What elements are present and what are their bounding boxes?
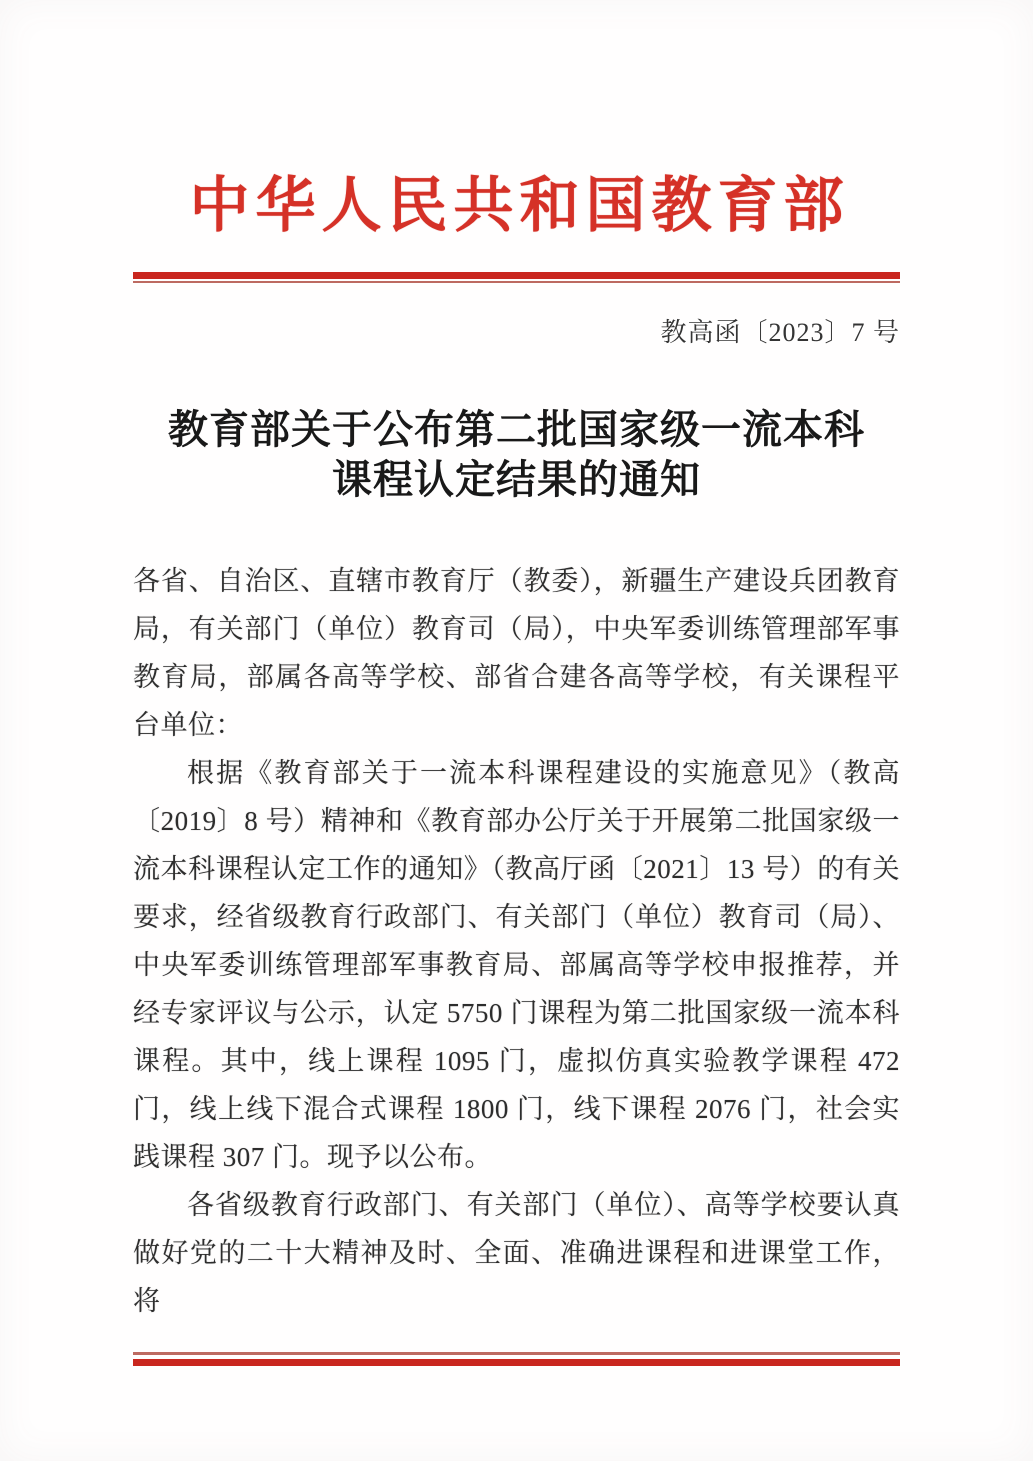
document-title-line1: 教育部关于公布第二批国家级一流本科 [133, 405, 900, 455]
document-title: 教育部关于公布第二批国家级一流本科 课程认定结果的通知 [133, 405, 900, 505]
document-title-line2: 课程认定结果的通知 [133, 455, 900, 505]
paragraph-main-announcement: 根据《教育部关于一流本科课程建设的实施意见》（教高〔2019〕8 号）精神和《教… [133, 749, 900, 1181]
header-separator [133, 272, 900, 283]
document-content: 教高函〔2023〕7 号 教育部关于公布第二批国家级一流本科 课程认定结果的通知… [133, 318, 900, 1325]
paragraph-instructions: 各省级教育行政部门、有关部门（单位）、高等学校要认真做好党的二十大精神及时、全面… [133, 1181, 900, 1325]
document-number: 教高函〔2023〕7 号 [133, 318, 900, 348]
footer-separator [133, 1352, 900, 1366]
footer-separator-thick-line [133, 1359, 900, 1366]
paragraph-addressees: 各省、自治区、直辖市教育厅（教委），新疆生产建设兵团教育局，有关部门（单位）教育… [133, 557, 900, 749]
header-separator-thick-line [133, 272, 900, 279]
official-document-page: 中华人民共和国教育部 教高函〔2023〕7 号 教育部关于公布第二批国家级一流本… [0, 0, 1033, 1461]
header-separator-thin-line [133, 281, 900, 283]
document-body: 各省、自治区、直辖市教育厅（教委），新疆生产建设兵团教育局，有关部门（单位）教育… [133, 557, 900, 1325]
letterhead-title: 中华人民共和国教育部 [0, 0, 1033, 242]
footer-separator-thin-line [133, 1352, 900, 1355]
